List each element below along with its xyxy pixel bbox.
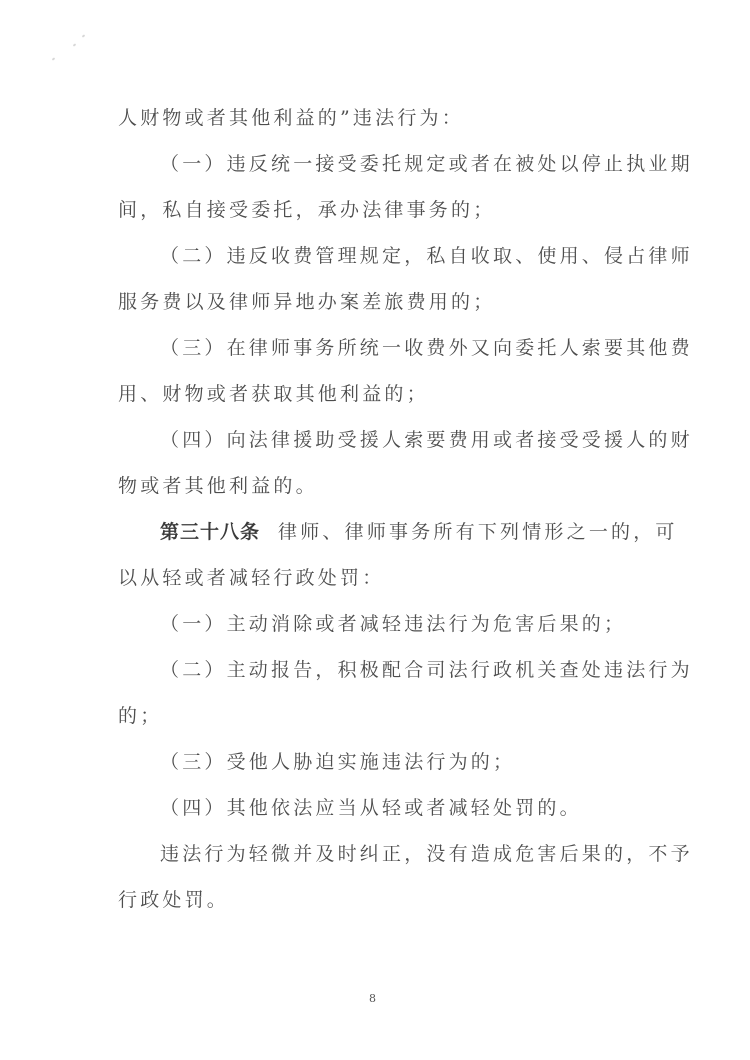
paragraph: 违法行为轻微并及时纠正，没有造成危害后果的，不予 <box>160 841 693 867</box>
list-item-1: （一）主动消除或者减轻违法行为危害后果的； <box>160 611 626 637</box>
list-item-2: （二）主动报告，积极配合司法行政机关查处违法行为 <box>160 657 693 683</box>
text-line: 的； <box>118 703 162 729</box>
list-item-3: （三）在律师事务所统一收费外又向委托人索要其他费 <box>160 335 693 361</box>
article-heading: 第三十八条 <box>160 521 260 543</box>
scan-speck <box>82 34 86 37</box>
text-line: 人财物或者其他利益的”违法行为： <box>118 105 464 131</box>
list-item-1: （一）违反统一接受委托规定或者在被处以停止执业期 <box>160 151 693 177</box>
scan-speck <box>52 57 56 60</box>
list-item-4: （四）其他依法应当从轻或者减轻处罚的。 <box>160 795 582 821</box>
article-38: 第三十八条律师、律师事务所有下列情形之一的，可 <box>160 519 678 545</box>
scan-speck <box>73 43 77 46</box>
text-line: 用、财物或者获取其他利益的； <box>118 381 429 407</box>
text-line: 服务费以及律师异地办案差旅费用的； <box>118 289 495 315</box>
list-item-2: （二）违反收费管理规定，私自收取、使用、侵占律师 <box>160 243 693 269</box>
page-number: 8 <box>369 992 376 1005</box>
text-line: 物或者其他利益的。 <box>118 473 318 499</box>
text-line: 间，私自接受委托，承办法律事务的； <box>118 197 495 223</box>
text-line: 行政处罚。 <box>118 887 229 913</box>
text-line: 以从轻或者减轻行政处罚： <box>118 565 384 591</box>
list-item-4: （四）向法律援助受援人索要费用或者接受受援人的财 <box>160 427 693 453</box>
document-page: 人财物或者其他利益的”违法行为： （一）违反统一接受委托规定或者在被处以停止执业… <box>0 0 750 1060</box>
article-text: 律师、律师事务所有下列情形之一的，可 <box>278 521 678 543</box>
list-item-3: （三）受他人胁迫实施违法行为的； <box>160 749 515 775</box>
